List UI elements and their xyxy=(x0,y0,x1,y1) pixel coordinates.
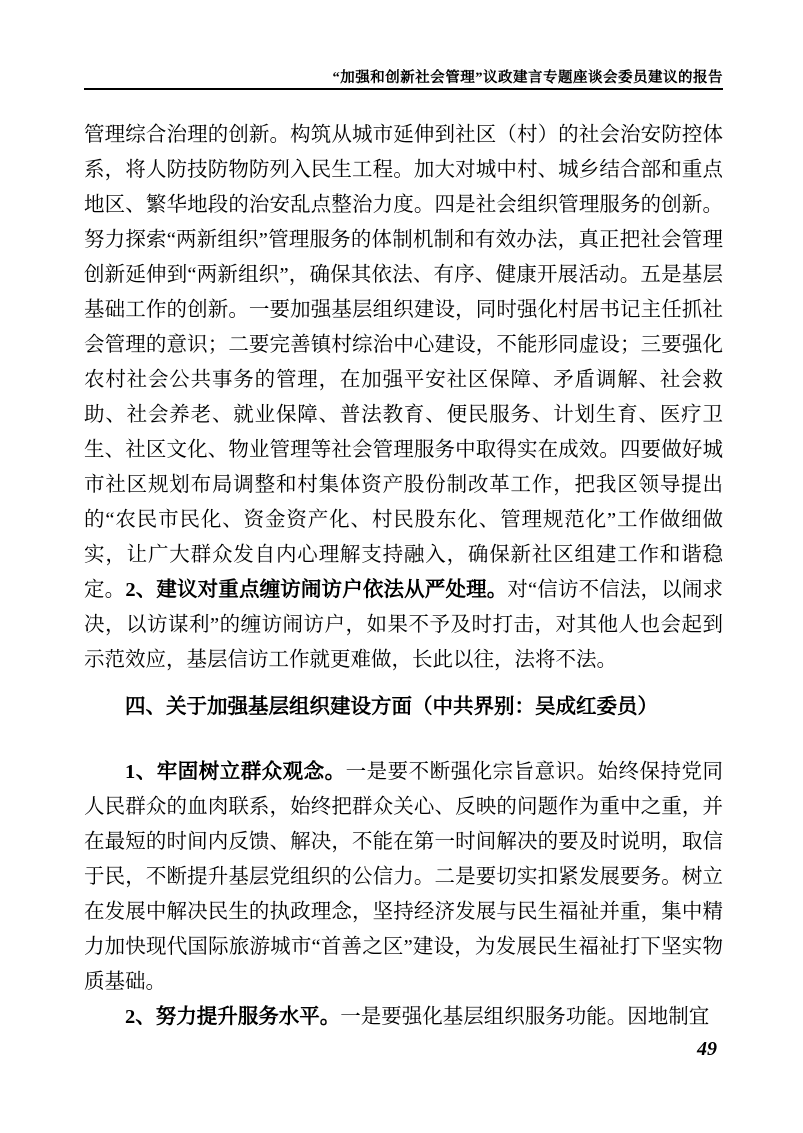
paragraph-1-text: 管理综合治理的创新。构筑从城市延伸到社区（村）的社会治安防控体系，将人防技防物防… xyxy=(84,124,723,601)
paragraph-1-bold-emphasis: 2、建议对重点缠访闹访户依法从严处理。 xyxy=(125,579,507,601)
paragraph-2-text: 一是要不断强化宗旨意识。始终保持党同人民群众的血肉联系，始终把群众关心、反映的问… xyxy=(84,761,723,993)
paragraph-3-bold-lead: 2、努力提升服务水平。 xyxy=(125,1006,340,1028)
paragraph-2-bold-lead: 1、牢固树立群众观念。 xyxy=(125,761,346,783)
paragraph-2: 1、牢固树立群众观念。一是要不断强化宗旨意识。始终保持党同人民群众的血肉联系，始… xyxy=(84,755,723,1000)
header-title: “加强和创新社会管理”议政建言专题座谈会委员建议的报告 xyxy=(333,66,724,87)
document-page: “加强和创新社会管理”议政建言专题座谈会委员建议的报告 管理综合治理的创新。构筑… xyxy=(0,0,803,1133)
paragraph-3-text: 一是要强化基层组织服务功能。因地制宜 xyxy=(340,1006,709,1028)
paragraph-3: 2、努力提升服务水平。一是要强化基层组织服务功能。因地制宜 xyxy=(84,1000,723,1035)
page-number: 49 xyxy=(697,1038,717,1061)
header-rule xyxy=(84,88,723,90)
document-body: 管理综合治理的创新。构筑从城市延伸到社区（村）的社会治安防控体系，将人防技防物防… xyxy=(84,118,723,1035)
section-heading: 四、关于加强基层组织建设方面（中共界别：吴成红委员） xyxy=(84,690,723,725)
paragraph-1: 管理综合治理的创新。构筑从城市延伸到社区（村）的社会治安防控体系，将人防技防物防… xyxy=(84,118,723,678)
